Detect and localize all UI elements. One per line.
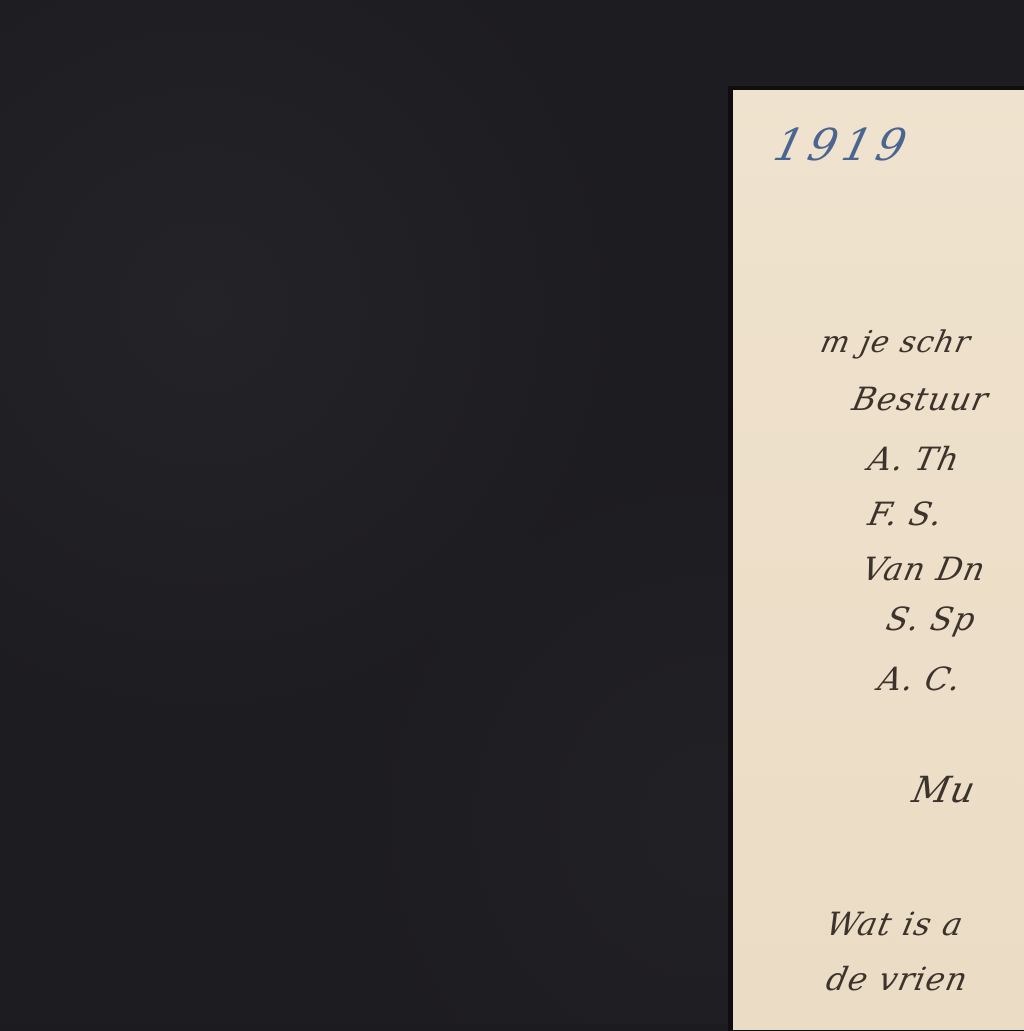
handwritten-line: Wat is a — [823, 905, 967, 943]
year-annotation: 1919 — [769, 120, 918, 171]
handwritten-line: F. S. — [865, 495, 947, 533]
letter-page: 1919 m je schr Bestuur A. Th F. S. Van D… — [733, 90, 1024, 1024]
handwritten-line: A. Th — [865, 440, 963, 478]
handwritten-line: A. C. — [875, 660, 965, 698]
handwritten-line: m je schr — [817, 325, 974, 360]
handwritten-line: S. Sp — [883, 600, 980, 638]
handwritten-line: Mu — [909, 770, 980, 811]
handwritten-line: Van Dn — [859, 550, 989, 588]
handwritten-line: de vrien — [823, 960, 972, 998]
handwritten-line: Bestuur — [849, 380, 992, 418]
